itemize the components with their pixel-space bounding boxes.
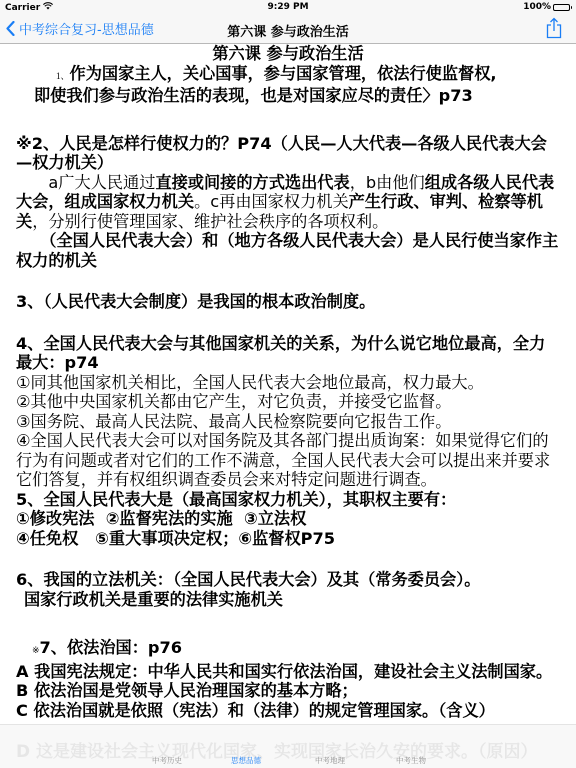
- section-5-title: 5、全国人民代表大是（最高国家权力机关），其职权主要有：: [16, 490, 560, 510]
- section-7-c: C 依法治国就是依照（宪法）和（法律）的规定管理国家。（含义）: [16, 701, 560, 721]
- section-2-title: ※2、人民是怎样行使权力的？P74（人民—人大代表—各级人民代表大会—权力机关）: [16, 134, 560, 173]
- tab-ideology-morality[interactable]: 思想品德: [231, 755, 261, 766]
- section-2-body: a广大人民通过直接或间接的方式选出代表，b由他们组成各级人民代表大会，组成国家权…: [16, 173, 560, 232]
- tab-biology[interactable]: 中考生物: [396, 755, 426, 766]
- section-7-title-text: 7、依法治国：p76: [40, 638, 183, 657]
- section-5-line-1: ①修改宪法 ②监督宪法的实施 ③立法权: [16, 509, 560, 529]
- document-viewer[interactable]: 第六课 参与政治生活 1、作为国家主人，关心国事，参与国家管理，依法行使监督权,…: [0, 44, 576, 724]
- tab-history[interactable]: 中考历史: [152, 755, 182, 766]
- back-label: 中考综合复习-思想品德: [19, 19, 154, 38]
- section-4-item-1: ①同其他国家机关相比，全国人民代表大会地位最高，权力最大。: [16, 373, 560, 393]
- section-4-item-2: ②其他中央国家机关都由它产生，对它负责，并接受它监督。: [16, 392, 560, 412]
- section-6-line-1: 6、我国的立法机关：（全国人民代表大会）及其（常务委员会）。: [16, 570, 560, 590]
- s2-a-prefix: a广大人民通过: [48, 173, 155, 192]
- share-button[interactable]: [546, 17, 562, 43]
- section-7-a: A 我国宪法规定：中华人民共和国实行依法治国，建设社会主义法制国家。: [16, 662, 560, 682]
- battery-percent: 100%: [523, 2, 551, 12]
- s2-b-prefix: ，b由他们: [350, 173, 425, 192]
- section-7-b: B 依法治国是党领导人民治理国家的基本方略；: [16, 681, 560, 701]
- s2-c-rest: ，分别行使管理国家、维护社会秩序的各项权利。: [32, 212, 388, 231]
- section-1-number: 1、: [56, 71, 70, 81]
- section-6-line-2: 国家行政机关是重要的法律实施机关: [16, 590, 560, 610]
- section-1-line-2: 即使我们参与政治生活的表现，也是对国家应尽的责任〉p73: [16, 86, 560, 106]
- section-3: 3、（人民代表大会制度）是我国的根本政治制度。: [16, 292, 560, 312]
- section-4-item-3: ③国务院、最高人民法院、最高人民检察院要向它报告工作。: [16, 412, 560, 432]
- battery-indicator: 100%: [523, 2, 570, 12]
- share-icon: [546, 17, 562, 39]
- section-2-note: （全国人民代表大会）和（地方各级人民代表大会）是人民行使当家作主权力的机关: [16, 231, 560, 270]
- clock: 9:29 PM: [0, 2, 576, 12]
- asterisk-mark: ※: [32, 646, 40, 656]
- section-1: 1、作为国家主人，关心国事，参与国家管理，依法行使监督权,: [16, 64, 560, 87]
- section-1-line-1: 作为国家主人，关心国事，参与国家管理，依法行使监督权,: [70, 64, 497, 83]
- section-5-line-2: ④任免权 ⑤重大事项决定权；⑥监督权P75: [16, 529, 560, 549]
- tab-bar: D 这是建设社会主义现代化国家、实现国家长治久安的要求。（原因） 中考历史 思想…: [0, 724, 576, 768]
- battery-icon: [553, 4, 570, 11]
- document-heading: 第六课 参与政治生活: [16, 44, 560, 64]
- status-bar: Carrier 9:29 PM 100%: [0, 0, 576, 14]
- chevron-left-icon: [6, 21, 15, 36]
- section-4-item-4: ④全国人民代表大会可以对国务院及其各部门提出质询案：如果觉得它们的行为有问题或者…: [16, 431, 560, 490]
- section-7-d-behind-tabbar: D 这是建设社会主义现代化国家、实现国家长治久安的要求。（原因）: [16, 737, 538, 762]
- section-4-title: 4、全国人民代表大会与其他国家机关的关系，为什么说它地位最高，全力最大：p74: [16, 334, 560, 373]
- tab-geography[interactable]: 中考地理: [315, 755, 345, 766]
- back-button[interactable]: 中考综合复习-思想品德: [6, 19, 154, 38]
- s2-c-prefix: 。c再由国家权力机关: [194, 192, 349, 211]
- navigation-bar: 中考综合复习-思想品德 第六课 参与政治生活: [0, 14, 576, 44]
- s2-a-bold: 直接或间接的方式选出代表: [155, 173, 349, 192]
- section-7-title: ※7、依法治国：p76: [16, 638, 560, 662]
